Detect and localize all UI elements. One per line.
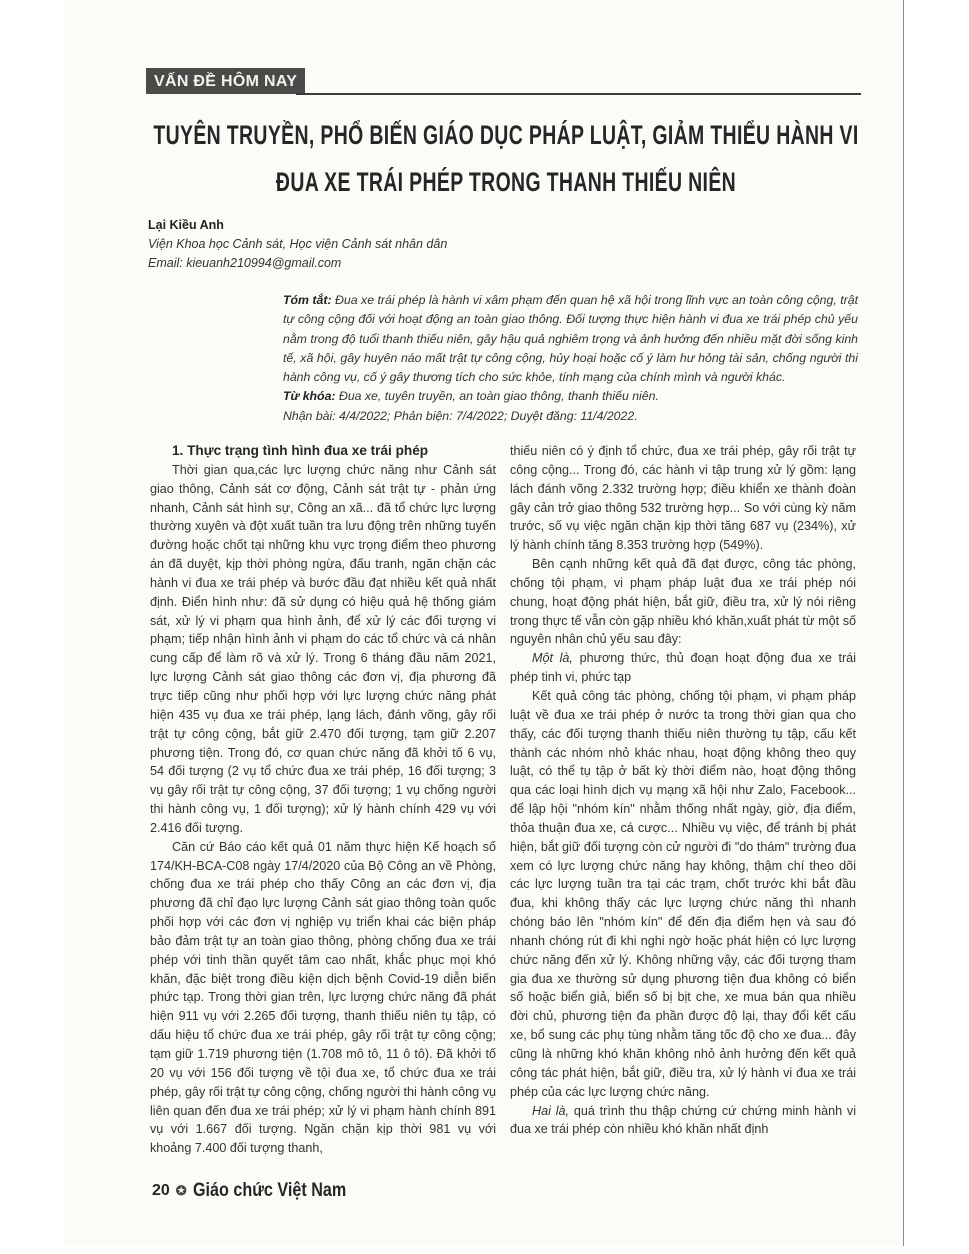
author-name: Lại Kiều Anh [148,218,224,232]
paragraph: Kết quả công tác phòng, chống tội phạm, … [510,687,856,1102]
paragraph: Căn cứ Báo cáo kết quả 01 năm thực hiện … [150,838,496,1158]
paragraph: Hai là, quá trình thu thập chứng cứ chứn… [510,1102,856,1140]
section-label: VẤN ĐỀ HÔM NAY [146,68,305,94]
keywords: Từ khóa: Đua xe, tuyên truyền, an toàn g… [283,387,858,406]
paragraph: Bên cạnh những kết quả đã đạt được, công… [510,555,856,649]
abstract: Tóm tắt: Đua xe trái phép là hành vi xâm… [283,291,858,387]
title-line-2: ĐUA XE TRÁI PHÉP TRONG THANH THIẾU NIÊN [150,159,863,206]
article-dates: Nhận bài: 4/4/2022; Phản biện: 7/4/2022;… [283,407,858,426]
article-title: TUYÊN TRUYỀN, PHỔ BIẾN GIÁO DỤC PHÁP LUẬ… [250,112,763,206]
paragraph: Thời gian qua,các lực lượng chức năng nh… [150,461,496,838]
title-line-1: TUYÊN TRUYỀN, PHỔ BIẾN GIÁO DỤC PHÁP LUẬ… [150,112,863,159]
enumerator: Một là, [532,651,573,665]
abstract-text: Đua xe trái phép là hành vi xâm phạm đến… [283,293,858,384]
page-number: 20 [152,1182,170,1200]
abstract-block: Tóm tắt: Đua xe trái phép là hành vi xâm… [283,291,858,426]
enumerator: Hai là, [532,1104,569,1118]
body-column-left: 1. Thực trạng tình hình đua xe trái phép… [150,442,496,1158]
paragraph: thiếu niên có ý định tổ chức, đua xe trá… [510,442,856,555]
author-email: Email: kieuanh210994@gmail.com [148,256,341,270]
abstract-label: Tóm tắt: [283,293,332,307]
keywords-text: Đua xe, tuyên truyền, an toàn giao thông… [336,389,659,403]
section-divider [296,93,861,95]
magazine-name: Giáo chức Việt Nam [193,1180,346,1202]
ornament-icon: ✪ [176,1183,187,1199]
section-heading: 1. Thực trạng tình hình đua xe trái phép [150,442,496,461]
author-affiliation: Viện Khoa học Cảnh sát, Học viện Cảnh sá… [148,237,447,251]
paragraph: Một là, phương thức, thủ đoạn hoạt động … [510,649,856,687]
body-column-right: thiếu niên có ý định tổ chức, đua xe trá… [510,442,856,1139]
keywords-label: Từ khóa: [283,389,336,403]
page-footer: 20 ✪ Giáo chức Việt Nam [152,1180,373,1202]
